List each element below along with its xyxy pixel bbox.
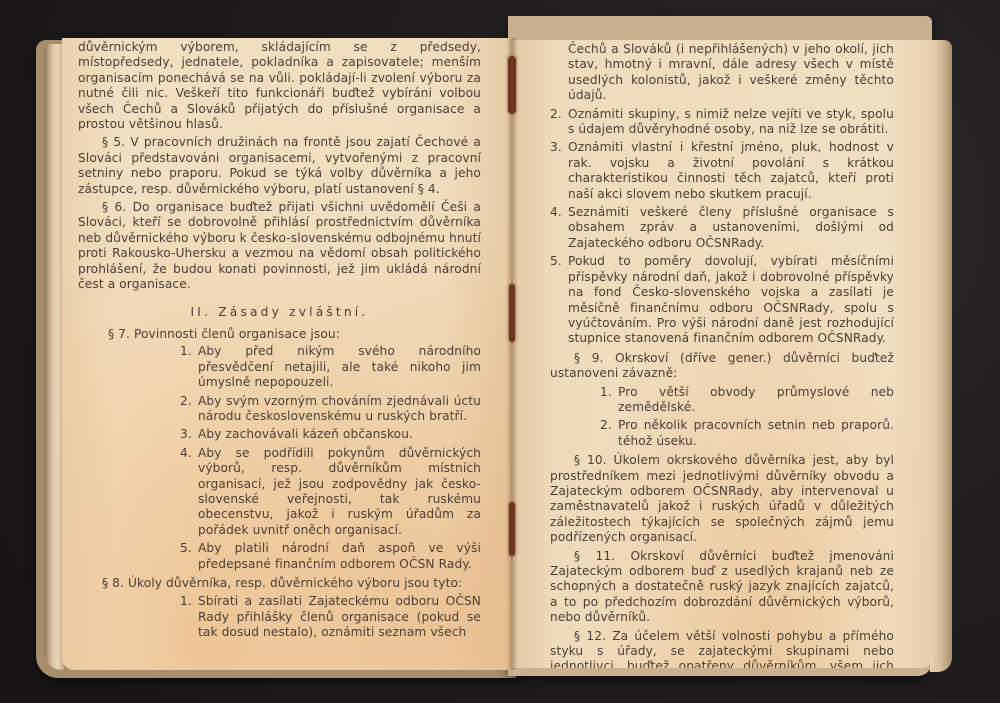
item-number: 2. <box>180 394 192 409</box>
item-number: 2. <box>600 418 612 433</box>
list-item: 5.Aby platili národní daň aspoň ve výši … <box>180 541 481 572</box>
list-item: 1.Sbírati a zasílati Zajateckému odboru … <box>180 594 481 640</box>
list-item: 4.Aby se podřídili pokynům důvěrnických … <box>180 446 481 538</box>
section-7-list: 1.Aby před nikým svého národního přesvěd… <box>180 344 481 572</box>
item-text: Aby se podřídili pokynům důvěrnických vý… <box>198 446 481 537</box>
left-page: důvěrnickým výborem, skládajícím se z př… <box>62 38 512 670</box>
list-item: 2.Pro několik pracovních setnin neb prap… <box>600 418 894 449</box>
section-8-list-continued: Čechů a Slováků (i nepřihlášených) v jeh… <box>550 42 894 347</box>
item-text: Oznámiti vlastní i křestní jméno, pluk, … <box>568 140 894 200</box>
page-stack-edge-left <box>44 44 64 670</box>
paragraph-section-6: § 6. Do organisace buďtež přijati všichn… <box>78 200 481 292</box>
item-text: Oznámiti skupiny, s nimiž nelze vejíti v… <box>568 107 894 136</box>
item-number: 5. <box>180 541 192 556</box>
rusty-staple-middle <box>509 284 515 342</box>
item-text: Pro několik pracovních setnin neb prapor… <box>618 418 894 447</box>
paragraph-section-8-intro: § 8. Úkoly důvěrníka, resp. důvěrnického… <box>78 576 481 591</box>
item-text: Pokud to poměry dovolují, vybírati měsíč… <box>568 254 894 345</box>
item-number: 2. <box>550 107 562 122</box>
item-number: 1. <box>180 344 192 359</box>
item-text: Aby platili národní daň aspoň ve výši př… <box>198 541 481 570</box>
item-text: Čechů a Slováků (i nepřihlášených) v jeh… <box>568 42 894 102</box>
left-page-text: důvěrnickým výborem, skládajícím se z př… <box>78 40 481 645</box>
section-9-list: 1.Pro větší obvody průmyslové neb zemědě… <box>600 385 894 450</box>
paragraph-section-9-intro: § 9. Okrskoví (dříve gener.) důvěrníci b… <box>550 351 894 382</box>
list-item: 2.Oznámiti skupiny, s nimiž nelze vejíti… <box>550 107 894 138</box>
item-number: 3. <box>550 140 562 155</box>
section-8-list: 1.Sbírati a zasílati Zajateckému odboru … <box>180 594 481 640</box>
list-item: 4.Seznámiti veškeré členy příslušné orga… <box>550 205 894 251</box>
rusty-staple-bottom <box>509 502 515 556</box>
item-text: Seznámiti veškeré členy příslušné organi… <box>568 205 894 250</box>
item-number: 1. <box>600 385 612 400</box>
item-text: Pro větší obvody průmyslové neb zeměděls… <box>618 385 894 414</box>
paragraph-section-11: § 11. Okrskoví důvěrníci buďtež jmenován… <box>550 549 894 626</box>
item-number: 4. <box>550 205 562 220</box>
item-text: Aby svým vzorným chováním zjednávali úct… <box>198 394 481 423</box>
right-page-text: Čechů a Slováků (i nepřihlášených) v jeh… <box>550 42 894 668</box>
rusty-staple-top <box>508 56 516 114</box>
chapter-heading: II. Zásady zvláštní. <box>78 305 481 320</box>
page-stack-edge-right <box>930 40 952 672</box>
list-item: 1.Aby před nikým svého národního přesvěd… <box>180 344 481 390</box>
open-booklet: důvěrnickým výborem, skládajícím se z př… <box>0 0 1000 703</box>
list-item: 3.Oznámiti vlastní i křestní jméno, pluk… <box>550 140 894 202</box>
list-item: Čechů a Slováků (i nepřihlášených) v jeh… <box>550 42 894 104</box>
paragraph-section-7-intro: § 7. Povinnosti členů organisace jsou: <box>108 327 481 342</box>
paragraph-section-5: § 5. V pracovních družinách na frontě js… <box>78 135 481 197</box>
item-text: Sbírati a zasílati Zajateckému odboru OČ… <box>198 594 481 639</box>
item-number: 1. <box>180 594 192 609</box>
item-text: Aby před nikým svého národního přesvědče… <box>198 344 481 389</box>
item-number: 5. <box>550 254 562 269</box>
item-number: 3. <box>180 427 192 442</box>
list-item: 1.Pro větší obvody průmyslové neb zemědě… <box>600 385 894 416</box>
list-item: 3.Aby zachovávali kázeň občanskou. <box>180 427 481 442</box>
item-text: Aby zachovávali kázeň občanskou. <box>198 427 413 441</box>
right-page: Čechů a Slováků (i nepřihlášených) v jeh… <box>512 40 932 668</box>
paragraph-section-12: § 12. Za účelem větší volnosti pohybu a … <box>550 629 894 668</box>
paragraph-intro: důvěrnickým výborem, skládajícím se z př… <box>78 40 481 132</box>
binding-gutter <box>506 38 518 670</box>
item-number: 4. <box>180 446 192 461</box>
list-item: 5.Pokud to poměry dovolují, vybírati měs… <box>550 254 894 346</box>
paragraph-section-10: § 10. Úkolem okrskového důvěrníka jest, … <box>550 453 894 545</box>
list-item: 2.Aby svým vzorným chováním zjednávali ú… <box>180 394 481 425</box>
